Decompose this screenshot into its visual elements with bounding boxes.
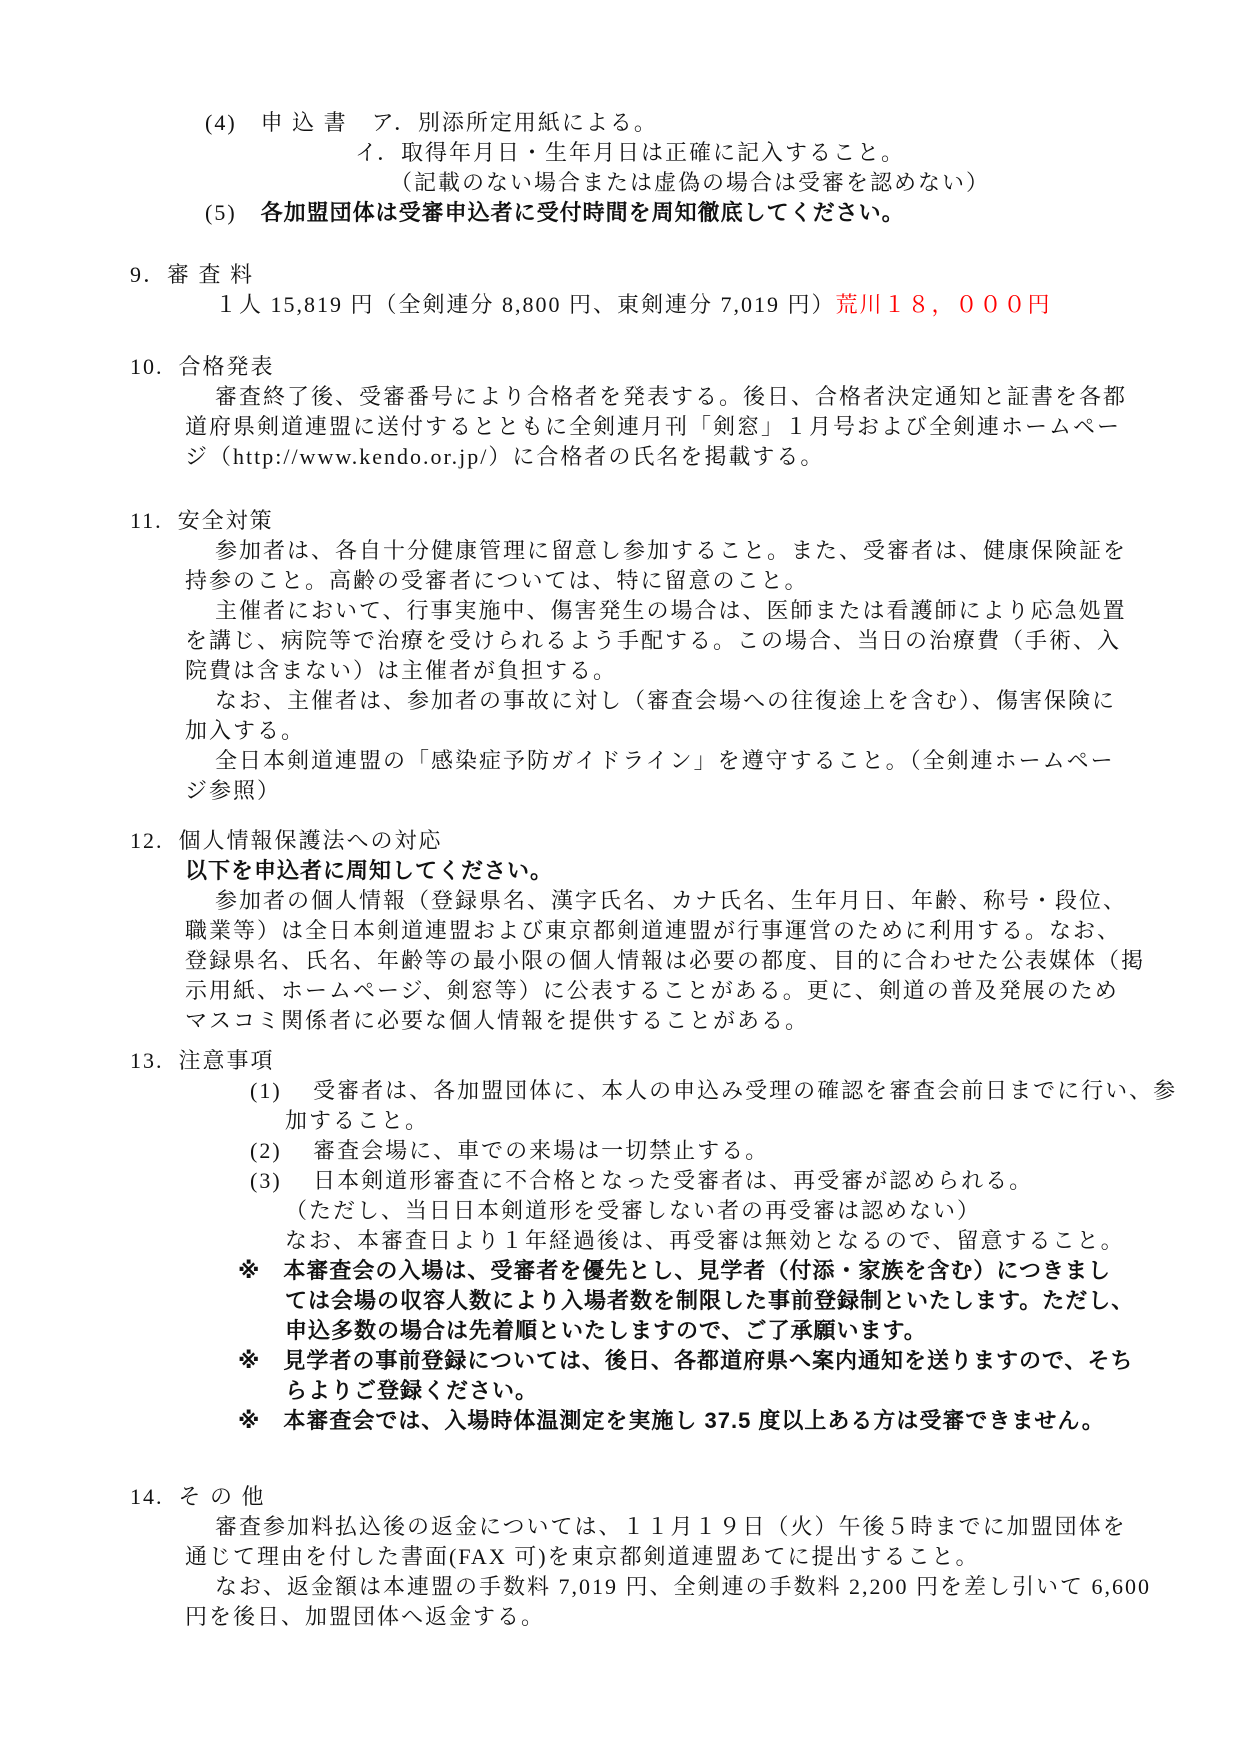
- doc-line: なお、本審査日より１年経過後は、再受審は無効となるので、留意すること。: [285, 1226, 1230, 1256]
- body-text: イ．取得年月日・生年月日は正確に記入すること。: [355, 140, 905, 165]
- doc-line: 主催者において、行事実施中、傷害発生の場合は、医師または看護師により応急処置: [215, 596, 1230, 626]
- doc-line: 示用紙、ホームページ、剣窓等）に公表することがある。更に、剣道の普及発展のため: [185, 976, 1230, 1006]
- doc-line: 加入する。: [185, 716, 1230, 746]
- doc-line: (5) 各加盟団体は受審申込者に受付時間を周知徹底してください。: [205, 198, 1230, 228]
- body-text: １人 15,819 円（全剣連分 8,800 円、東剣連分 7,019 円）: [215, 292, 836, 317]
- doc-line: 以下を申込者に周知してください。: [185, 856, 1230, 886]
- emphasis-text: 各加盟団体は受審申込者に受付時間を周知徹底してください。: [261, 200, 905, 225]
- body-text: (1) 受審者は、各加盟団体に、本人の申込み受理の確認を審査会前日までに行い、参: [250, 1078, 1177, 1103]
- emphasis-text: ては会場の収容人数により入場者数を制限した事前登録制といたします。ただし、: [285, 1288, 1134, 1313]
- body-text: 14. そ の 他: [130, 1484, 266, 1509]
- emphasis-text: ※ 本審査会の入場は、受審者を優先とし、見学者（付添・家族を含む）につきまし: [238, 1258, 1111, 1283]
- emphasis-text: 申込多数の場合は先着順といたしますので、ご了承願います。: [285, 1318, 927, 1343]
- body-text: (5): [205, 200, 261, 225]
- doc-line: 審査終了後、受審番号により合格者を発表する。後日、合格者決定通知と証書を各都: [215, 382, 1230, 412]
- body-text: ジ参照）: [185, 778, 281, 803]
- body-text: なお、返金額は本連盟の手数料 7,019 円、全剣連の手数料 2,200 円を差…: [215, 1574, 1151, 1599]
- body-text: 審査参加料払込後の返金については、１１月１９日（火）午後５時までに加盟団体を: [215, 1514, 1127, 1539]
- document-page: (4) 申 込 書 ア．別添所定用紙による。イ．取得年月日・生年月日は正確に記入…: [0, 0, 1240, 1754]
- doc-line: マスコミ関係者に必要な個人情報を提供することがある。: [185, 1006, 1230, 1036]
- doc-line: 申込多数の場合は先着順といたしますので、ご了承願います。: [285, 1316, 1230, 1346]
- body-text: （ただし、当日日本剣道形を受審しない者の再受審は認めない）: [285, 1198, 981, 1223]
- body-text: 全日本剣道連盟の「感染症予防ガイドライン」を遵守すること。（全剣連ホームペー: [215, 748, 1115, 773]
- doc-line: 審査参加料払込後の返金については、１１月１９日（火）午後５時までに加盟団体を: [215, 1512, 1230, 1542]
- doc-line: イ．取得年月日・生年月日は正確に記入すること。: [355, 138, 1230, 168]
- doc-line: 11. 安全対策: [130, 506, 1230, 536]
- body-text: 審査終了後、受審番号により合格者を発表する。後日、合格者決定通知と証書を各都: [215, 384, 1127, 409]
- emphasis-text: らよりご登録ください。: [285, 1378, 538, 1403]
- doc-line: 参加者の個人情報（登録県名、漢字氏名、カナ氏名、生年月日、年齢、称号・段位、: [215, 886, 1230, 916]
- doc-line: 登録県名、氏名、年齢等の最小限の個人情報は必要の都度、目的に合わせた公表媒体（掲: [185, 946, 1230, 976]
- body-text: 10. 合格発表: [130, 354, 275, 379]
- doc-line: ジ参照）: [185, 776, 1230, 806]
- doc-line: 12. 個人情報保護法への対応: [130, 826, 1230, 856]
- body-text: (4) 申 込 書 ア．別添所定用紙による。: [205, 110, 658, 135]
- body-text: ジ（http://www.kendo.or.jp/）に合格者の氏名を掲載する。: [185, 444, 824, 469]
- body-text: 12. 個人情報保護法への対応: [130, 828, 443, 853]
- body-text: 主催者において、行事実施中、傷害発生の場合は、医師または看護師により応急処置: [215, 598, 1127, 623]
- doc-line: １人 15,819 円（全剣連分 8,800 円、東剣連分 7,019 円）荒川…: [215, 290, 1230, 320]
- doc-line: （記載のない場合または虚偽の場合は受審を認めない）: [390, 168, 1230, 198]
- body-text: 職業等）は全日本剣道連盟および東京都剣道連盟が行事運営のために利用する。なお、: [185, 918, 1121, 943]
- doc-line: を講じ、病院等で治療を受けられるよう手配する。この場合、当日の治療費（手術、入: [185, 626, 1230, 656]
- body-text: 参加者は、各自十分健康管理に留意し参加すること。また、受審者は、健康保険証を: [215, 538, 1127, 563]
- body-text: 加入する。: [185, 718, 305, 743]
- doc-line: (1) 受審者は、各加盟団体に、本人の申込み受理の確認を審査会前日までに行い、参: [250, 1076, 1230, 1106]
- body-text: マスコミ関係者に必要な個人情報を提供することがある。: [185, 1008, 809, 1033]
- body-text: 登録県名、氏名、年齢等の最小限の個人情報は必要の都度、目的に合わせた公表媒体（掲: [185, 948, 1145, 973]
- body-text: 加すること。: [285, 1108, 429, 1133]
- doc-line: 円を後日、加盟団体へ返金する。: [185, 1602, 1230, 1632]
- doc-line: 参加者は、各自十分健康管理に留意し参加すること。また、受審者は、健康保険証を: [215, 536, 1230, 566]
- body-text: 院費は含まない）は主催者が負担する。: [185, 658, 617, 683]
- body-text: 13. 注意事項: [130, 1048, 275, 1073]
- emphasis-text: ※ 本審査会では、入場時体温測定を実施し 37.5 度以上ある方は受審できません…: [238, 1408, 1105, 1433]
- doc-line: ては会場の収容人数により入場者数を制限した事前登録制といたします。ただし、: [285, 1286, 1230, 1316]
- doc-line: （ただし、当日日本剣道形を受審しない者の再受審は認めない）: [285, 1196, 1230, 1226]
- emphasis-text: ※ 見学者の事前登録については、後日、各都道府県へ案内通知を送りますので、そち: [238, 1348, 1134, 1373]
- doc-line: 院費は含まない）は主催者が負担する。: [185, 656, 1230, 686]
- doc-line: なお、主催者は、参加者の事故に対し（審査会場への往復途上を含む）、傷害保険に: [215, 686, 1230, 716]
- body-text: 円を後日、加盟団体へ返金する。: [185, 1604, 545, 1629]
- doc-line: (4) 申 込 書 ア．別添所定用紙による。: [205, 108, 1230, 138]
- body-text: 参加者の個人情報（登録県名、漢字氏名、カナ氏名、生年月日、年齢、称号・段位、: [215, 888, 1127, 913]
- doc-line: 10. 合格発表: [130, 352, 1230, 382]
- doc-line: 14. そ の 他: [130, 1482, 1230, 1512]
- doc-line: (2) 審査会場に、車での来場は一切禁止する。: [250, 1136, 1230, 1166]
- doc-line: ※ 本審査会の入場は、受審者を優先とし、見学者（付添・家族を含む）につきまし: [238, 1256, 1230, 1286]
- body-text: を講じ、病院等で治療を受けられるよう手配する。この場合、当日の治療費（手術、入: [185, 628, 1121, 653]
- body-text: (3) 日本剣道形審査に不合格となった受審者は、再受審が認められる。: [250, 1168, 1033, 1193]
- emphasis-text: 以下を申込者に周知してください。: [185, 858, 553, 883]
- doc-line: 職業等）は全日本剣道連盟および東京都剣道連盟が行事運営のために利用する。なお、: [185, 916, 1230, 946]
- doc-line: 全日本剣道連盟の「感染症予防ガイドライン」を遵守すること。（全剣連ホームペー: [215, 746, 1230, 776]
- body-text: 9．審 査 料: [130, 262, 254, 287]
- doc-line: らよりご登録ください。: [285, 1376, 1230, 1406]
- doc-line: 13. 注意事項: [130, 1046, 1230, 1076]
- doc-line: 道府県剣道連盟に送付するとともに全剣連月刊「剣窓」１月号および全剣連ホームペー: [185, 412, 1230, 442]
- doc-line: 通じて理由を付した書面(FAX 可)を東京都剣道連盟あてに提出すること。: [185, 1542, 1230, 1572]
- doc-line: 持参のこと。高齢の受審者については、特に留意のこと。: [185, 566, 1230, 596]
- body-text: 11. 安全対策: [130, 508, 274, 533]
- doc-line: (3) 日本剣道形審査に不合格となった受審者は、再受審が認められる。: [250, 1166, 1230, 1196]
- doc-line: なお、返金額は本連盟の手数料 7,019 円、全剣連の手数料 2,200 円を差…: [215, 1572, 1230, 1602]
- red-fee-text: 荒川１８，０００円: [836, 292, 1052, 317]
- body-text: （記載のない場合または虚偽の場合は受審を認めない）: [390, 170, 990, 195]
- body-text: なお、主催者は、参加者の事故に対し（審査会場への往復途上を含む）、傷害保険に: [215, 688, 1116, 713]
- body-text: (2) 審査会場に、車での来場は一切禁止する。: [250, 1138, 769, 1163]
- doc-line: 加すること。: [285, 1106, 1230, 1136]
- body-text: なお、本審査日より１年経過後は、再受審は無効となるので、留意すること。: [285, 1228, 1125, 1253]
- body-text: 示用紙、ホームページ、剣窓等）に公表することがある。更に、剣道の普及発展のため: [185, 978, 1119, 1003]
- doc-line: ジ（http://www.kendo.or.jp/）に合格者の氏名を掲載する。: [185, 442, 1230, 472]
- doc-line: ※ 見学者の事前登録については、後日、各都道府県へ案内通知を送りますので、そち: [238, 1346, 1230, 1376]
- body-text: 持参のこと。高齢の受審者については、特に留意のこと。: [185, 568, 809, 593]
- doc-line: 9．審 査 料: [130, 260, 1230, 290]
- doc-line: ※ 本審査会では、入場時体温測定を実施し 37.5 度以上ある方は受審できません…: [238, 1406, 1230, 1436]
- body-text: 道府県剣道連盟に送付するとともに全剣連月刊「剣窓」１月号および全剣連ホームペー: [185, 414, 1121, 439]
- body-text: 通じて理由を付した書面(FAX 可)を東京都剣道連盟あてに提出すること。: [185, 1544, 980, 1569]
